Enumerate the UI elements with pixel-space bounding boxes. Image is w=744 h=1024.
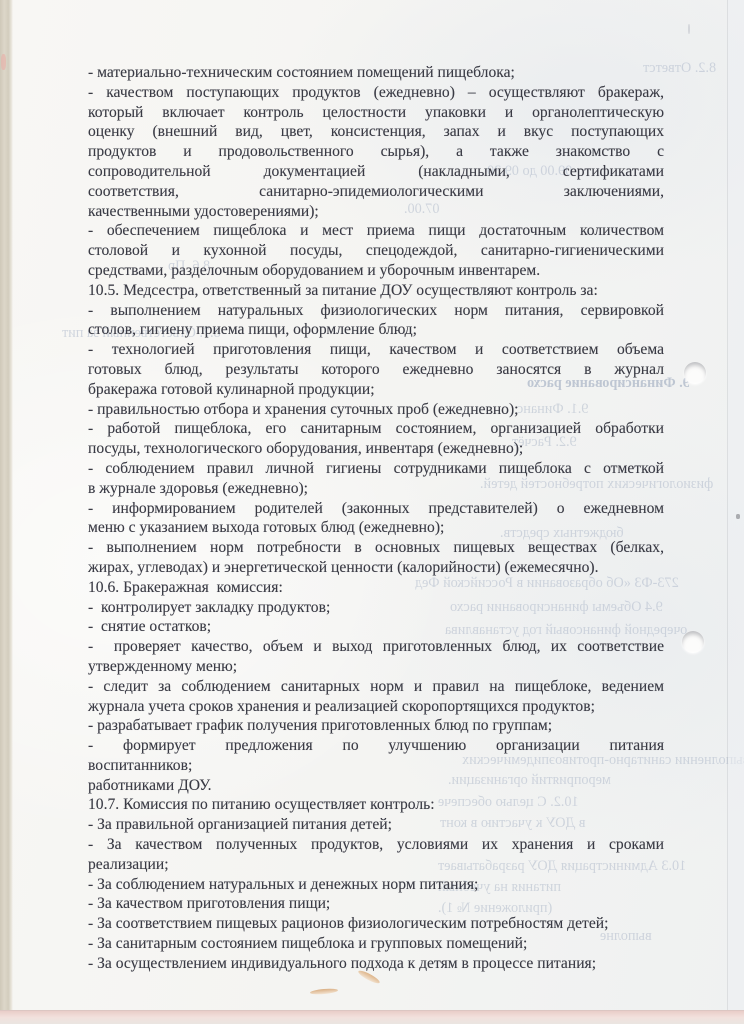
text-line: - проверяет качество, объем и выход приг… <box>88 637 664 657</box>
text-line: в журнале здоровья (ежедневно); <box>88 479 664 499</box>
text-line: столов, гигиену приема пищи, оформление … <box>88 320 664 340</box>
text-line: - обеспечением пищеблока и мест приема п… <box>88 221 664 241</box>
text-line: - следит за соблюдением санитарных норм … <box>88 677 664 697</box>
text-line: столовой и кухонной посуды, спецодеждой,… <box>88 241 664 261</box>
text-line: бракеража готовой кулинарной продукции; <box>88 380 664 400</box>
text-line: который включает контроль целостности уп… <box>88 103 664 123</box>
text-line: качественными удостоверениями); <box>88 202 664 222</box>
smudge-mark <box>310 988 338 995</box>
text-line: - материально-техническим состоянием пом… <box>88 63 664 83</box>
text-line: - выполнением норм потребности в основны… <box>88 538 664 558</box>
text-line: сопроводительной документацией (накладны… <box>88 162 664 182</box>
text-line: жирах, углеводах) и энергетической ценно… <box>88 558 664 578</box>
text-line: оценку (внешний вид, цвет, консистенция,… <box>88 122 664 142</box>
text-line: меню с указанием выхода готовых блюд (еж… <box>88 518 664 538</box>
text-line: - За правильной организацией питания дет… <box>88 815 664 835</box>
page-bottom-edge <box>0 1010 744 1024</box>
text-line: воспитанников; <box>88 756 664 776</box>
text-line: - За качеством полученных продуктов, усл… <box>88 835 664 855</box>
text-line: работниками ДОУ. <box>88 776 664 796</box>
text-line: готовых блюд, результаты которого ежедне… <box>88 360 664 380</box>
text-line: - формирует предложения по улучшению орг… <box>88 736 664 756</box>
text-line: - качеством поступающих продуктов (ежедн… <box>88 83 664 103</box>
text-line: - За санитарным состоянием пищеблока и г… <box>88 934 664 954</box>
page-crease-line <box>727 0 728 1010</box>
text-line: посуды, технологического оборудования, и… <box>88 439 664 459</box>
text-line: - За соблюдением натуральных и денежных … <box>88 875 664 895</box>
text-line: - снятие остатков; <box>88 617 664 637</box>
text-line: утвержденному меню; <box>88 657 664 677</box>
text-line: - выполнением натуральных физиологически… <box>88 301 664 321</box>
text-line: - работой пищеблока, его санитарным сост… <box>88 419 664 439</box>
text-line: журнала учета сроков хранения и реализац… <box>88 697 664 717</box>
text-line: реализации; <box>88 855 664 875</box>
text-line: - За соответствием пищевых рационов физи… <box>88 914 664 934</box>
hole-punch <box>682 631 704 653</box>
text-line: продуктов и продовольственного сырья), а… <box>88 142 664 162</box>
text-line: - технологией приготовления пищи, качест… <box>88 340 664 360</box>
document-text: - материально-техническим состоянием пом… <box>88 63 664 974</box>
text-line: 10.6. Бракеражная комиссия: <box>88 578 664 598</box>
page-right-shading <box>728 0 744 1010</box>
page-left-edge <box>0 0 13 1024</box>
text-line: 10.7. Комиссия по питанию осуществляет к… <box>88 795 664 815</box>
text-line: соответствия, санитарно-эпидемиологическ… <box>88 182 664 202</box>
text-line: 10.5. Медсестра, ответственный за питани… <box>88 281 664 301</box>
text-line: - За осуществлением индивидуального подх… <box>88 954 664 974</box>
hole-punch <box>684 362 706 384</box>
text-line: - информированием родителей (законных пр… <box>88 499 664 519</box>
scan-speck <box>1 54 6 70</box>
text-line: - контролирует закладку продуктов; <box>88 598 664 618</box>
scan-speck <box>736 514 740 519</box>
text-line: средствами, разделочным оборудованием и … <box>88 261 664 281</box>
text-line: - За качеством приготовления пищи; <box>88 894 664 914</box>
text-line: - разрабатывает график получения пригото… <box>88 716 664 736</box>
text-line: - соблюдением правил личной гигиены сотр… <box>88 459 664 479</box>
scan-speck <box>688 24 690 34</box>
text-line: - правильностью отбора и хранения суточн… <box>88 400 664 420</box>
scanned-page: 8.2. Ответст09.00 до 09.3007.00.8.6. Пр8… <box>0 0 744 1024</box>
